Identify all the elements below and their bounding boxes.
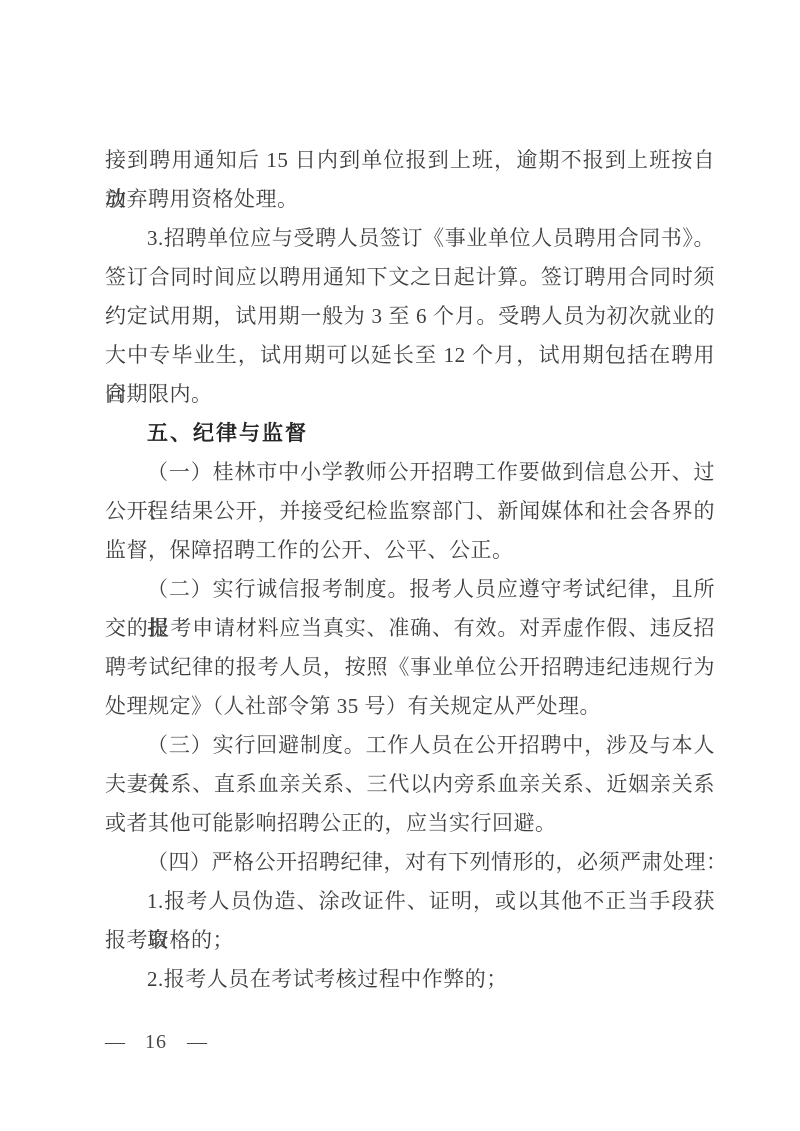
text-line: 报考资格的； [105,921,715,960]
document-page: 接到聘用通知后 15 日内到单位报到上班，逾期不报到上班按自动放弃聘用资格处理。… [0,0,800,1131]
text-line: 或者其他可能影响招聘公正的，应当实行回避。 [105,804,715,843]
text-line: （一）桂林市中小学教师公开招聘工作要做到信息公开、过程 [105,453,715,492]
text-line: 监督，保障招聘工作的公开、公平、公正。 [105,531,715,570]
text-line: 同期限内。 [105,375,715,414]
text-line: 2.报考人员在考试考核过程中作弊的； [105,960,715,999]
text-line: 放弃聘用资格处理。 [105,180,715,219]
text-line: （三）实行回避制度。工作人员在公开招聘中，涉及与本人有 [105,726,715,765]
text-line: 聘考试纪律的报考人员，按照《事业单位公开招聘违纪违规行为 [105,648,715,687]
text-line: 夫妻关系、直系血亲关系、三代以内旁系血亲关系、近姻亲关系 [105,765,715,804]
text-line: 签订合同时间应以聘用通知下文之日起计算。签订聘用合同时须 [105,258,715,297]
text-line: （二）实行诚信报考制度。报考人员应遵守考试纪律，且所提 [105,570,715,609]
text-line: 处理规定》（人社部令第 35 号）有关规定从严处理。 [105,687,715,726]
text-line: 约定试用期，试用期一般为 3 至 6 个月。受聘人员为初次就业的 [105,297,715,336]
footer-left-dash: — [105,1031,125,1054]
text-line: 公开、结果公开，并接受纪检监察部门、新闻媒体和社会各界的 [105,492,715,531]
text-line: 接到聘用通知后 15 日内到单位报到上班，逾期不报到上班按自动 [105,141,715,180]
page-number: 16 [145,1031,167,1054]
text-line: 1.报考人员伪造、涂改证件、证明，或以其他不正当手段获取 [105,882,715,921]
text-line: 交的报考申请材料应当真实、准确、有效。对弄虚作假、违反招 [105,609,715,648]
page-footer: — 16 — [105,1031,207,1054]
text-line: （四）严格公开招聘纪律，对有下列情形的，必须严肃处理： [105,843,715,882]
footer-right-dash: — [187,1031,207,1054]
section-heading: 五、纪律与监督 [105,414,715,453]
text-line: 大中专毕业生，试用期可以延长至 12 个月，试用期包括在聘用合 [105,336,715,375]
text-line: 3.招聘单位应与受聘人员签订《事业单位人员聘用合同书》。 [105,219,715,258]
document-body: 接到聘用通知后 15 日内到单位报到上班，逾期不报到上班按自动放弃聘用资格处理。… [105,141,715,999]
